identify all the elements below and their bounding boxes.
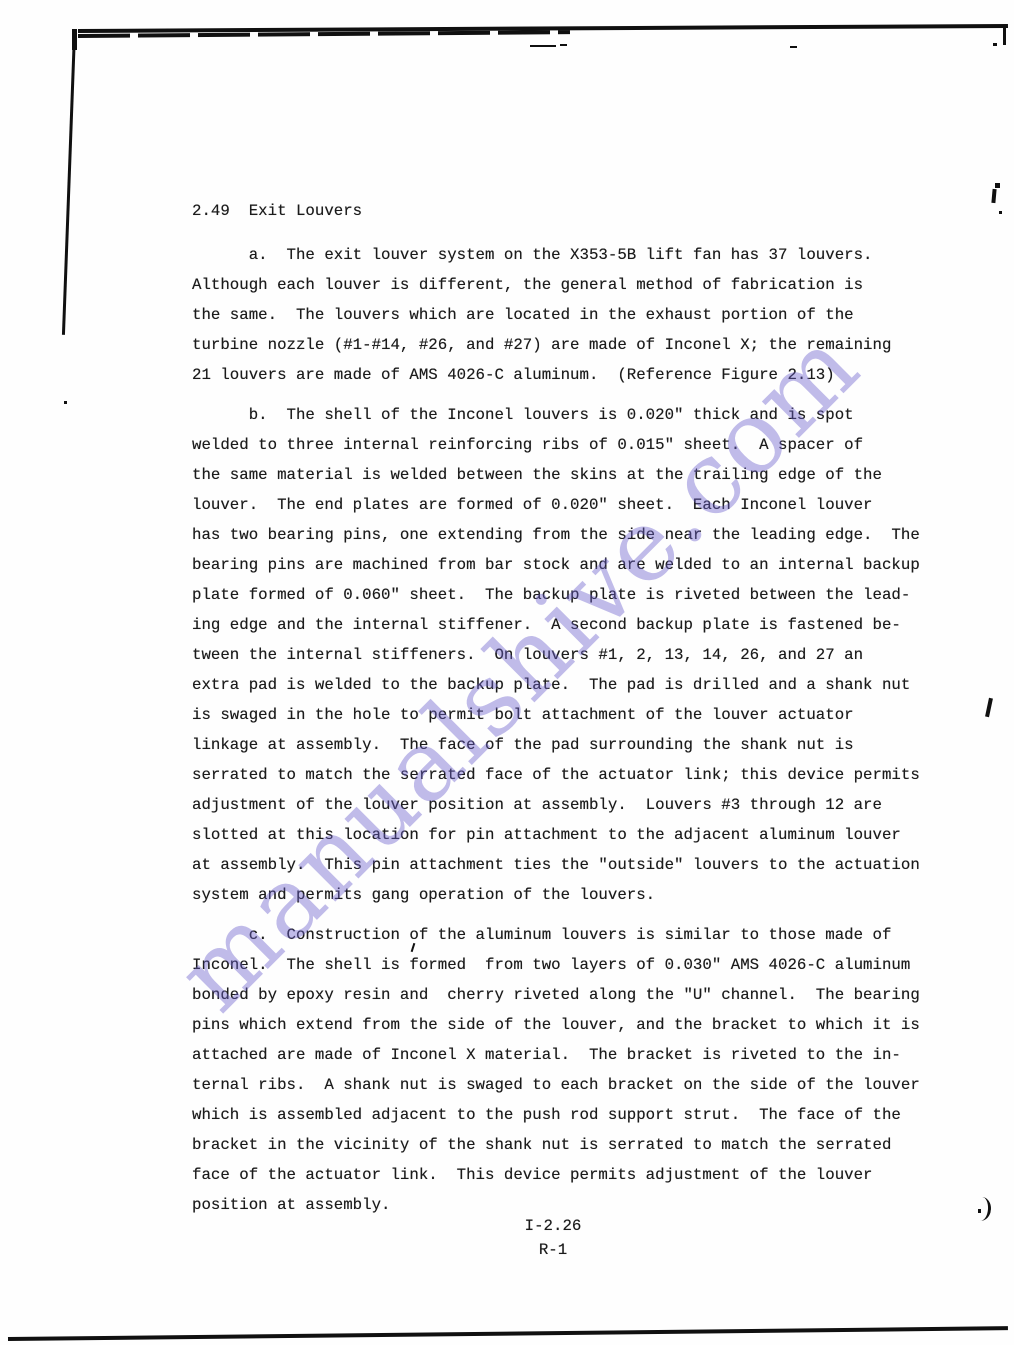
scan-left-edge-nub (72, 29, 77, 50)
revision-number: R-1 (468, 1238, 638, 1262)
text-line: louver. The end plates are formed of 0.0… (192, 490, 920, 520)
scan-artifact-tick (1003, 28, 1006, 45)
scan-artifact-dash (530, 45, 556, 47)
text-line: pins which extend from the side of the l… (192, 1010, 920, 1040)
scan-artifact-tick (991, 189, 996, 203)
text-line: at assembly. This pin attachment ties th… (192, 850, 920, 880)
text-line: bearing pins are machined from bar stock… (192, 550, 920, 580)
text-line: ternal ribs. A shank nut is swaged to ea… (192, 1070, 920, 1100)
text-line: adjustment of the louver position at ass… (192, 790, 920, 820)
paragraph-a: a. The exit louver system on the X353-5B… (192, 240, 920, 390)
text-line: plate formed of 0.060" sheet. The backup… (192, 580, 920, 610)
scan-artifact-dash (560, 44, 567, 46)
text-line: linkage at assembly. The face of the pad… (192, 730, 920, 760)
text-line: bonded by epoxy resin and cherry riveted… (192, 980, 920, 1010)
scanned-document-page: manualshive.com 2.49 Exit Louvers a. The… (0, 0, 1014, 1345)
text-line: extra pad is welded to the backup plate.… (192, 670, 920, 700)
text-line: the same. The louvers which are located … (192, 300, 920, 330)
text-line: ing edge and the internal stiffener. A s… (192, 610, 920, 640)
text-line: system and permits gang operation of the… (192, 880, 920, 910)
scan-left-edge-line (62, 33, 76, 335)
text-line: c. Construction of the aluminum louvers … (192, 920, 920, 950)
paragraph-c: c. Construction of the aluminum louvers … (192, 920, 920, 1220)
text-line: slotted at this location for pin attachm… (192, 820, 920, 850)
page-footer: I-2.26 R-1 (468, 1214, 638, 1262)
text-line: face of the actuator link. This device p… (192, 1160, 920, 1190)
page-number: I-2.26 (468, 1214, 638, 1238)
scan-artifact-tick (985, 698, 993, 717)
scan-artifact-dot (993, 43, 997, 46)
text-line: 21 louvers are made of AMS 4026-C alumin… (192, 360, 920, 390)
text-line: has two bearing pins, one extending from… (192, 520, 920, 550)
text-line: the same material is welded between the … (192, 460, 920, 490)
scan-artifact-speck (64, 401, 67, 404)
text-line: tween the internal stiffeners. On louver… (192, 640, 920, 670)
text-line: is swaged in the hole to permit bolt att… (192, 700, 920, 730)
document-text: 2.49 Exit Louvers a. The exit louver sys… (192, 196, 920, 1230)
text-line: b. The shell of the Inconel louvers is 0… (192, 400, 920, 430)
text-line: a. The exit louver system on the X353-5B… (192, 240, 920, 270)
scan-artifact-dot (995, 183, 1000, 188)
text-line: Although each louver is different, the g… (192, 270, 920, 300)
section-heading: 2.49 Exit Louvers (192, 196, 920, 226)
paragraph-b: b. The shell of the Inconel louvers is 0… (192, 400, 920, 910)
text-line: attached are made of Inconel X material.… (192, 1040, 920, 1070)
text-line: serrated to match the serrated face of t… (192, 760, 920, 790)
scan-bottom-rule (8, 1326, 1008, 1341)
text-line: Inconel. The shell is formed from two la… (192, 950, 920, 980)
text-line: turbine nozzle (#1-#14, #26, and #27) ar… (192, 330, 920, 360)
scan-artifact-speck (999, 211, 1002, 214)
text-line: which is assembled adjacent to the push … (192, 1100, 920, 1130)
scan-artifact-dot (790, 46, 797, 48)
text-line: welded to three internal reinforcing rib… (192, 430, 920, 460)
scan-artifact-dot (978, 1209, 981, 1213)
text-line: bracket in the vicinity of the shank nut… (192, 1130, 920, 1160)
